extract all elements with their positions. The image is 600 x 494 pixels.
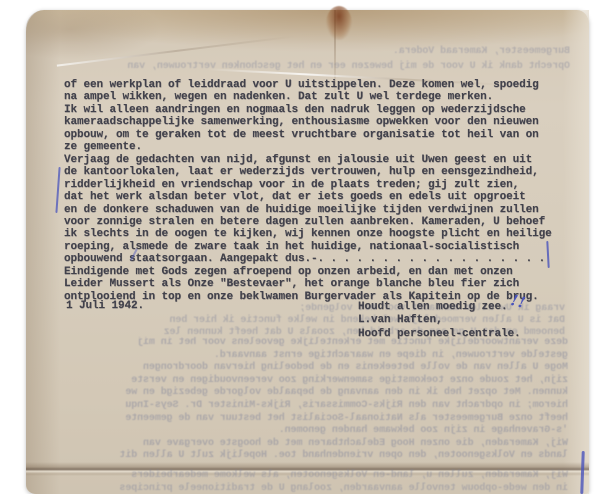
text-line: Oprecht dank ik U voor de mij bewezen ee…	[62, 59, 570, 74]
text-line: Verjaag de gedachten van nijd, afgunst e…	[64, 154, 576, 166]
text-line: na ampel wikken, wegen en nadenken. Dat …	[64, 91, 576, 103]
text-line: hierom; in opdracht van den Rijks-Commis…	[48, 400, 568, 413]
text-line: Ik wil alleen aandringen en nogmaals den…	[64, 104, 576, 116]
signature-title: Hoofd personeel-centrale.	[358, 328, 523, 341]
text-line: heeft onze Burgemeester als Nationaal-So…	[48, 413, 568, 426]
text-line: en de donkere schaduwen van de huidige m…	[64, 204, 576, 216]
text-line: Burgemeester, Kameraad Vodera.	[62, 44, 570, 59]
text-line: dat het werk alsdan beter vlot, dat er i…	[64, 191, 576, 203]
text-line: opbouw, om te geraken tot de meest vruch…	[64, 129, 576, 141]
text-line: Wij, Kameraden, zullen u, land-en Volksg…	[48, 469, 568, 482]
text-line: lands en Volksgenooten, den open vriende…	[48, 450, 568, 463]
text-line: Leider Mussert als Onze "Bestevaer", het…	[64, 278, 576, 290]
text-line: zijn, het zoude onze toekomstige samenwe…	[48, 375, 568, 388]
sign-off-text: Houdt allen moedig zee.	[358, 301, 508, 313]
text-line: ik slechts in de oogen te kijken, wij ke…	[64, 228, 576, 240]
text-line: ridderlijkheid en vriendschap voor in de…	[64, 179, 576, 191]
scanned-letter-screenshot: Burgemeester, Kameraad Vodera.Oprecht da…	[0, 0, 600, 494]
paper-stain	[326, 6, 352, 40]
handwritten-exclamation-marks: !!	[509, 294, 527, 311]
text-line: kunnen. Met opzet heb ik in den aanvang …	[48, 387, 568, 400]
text-line: kameraadschappelijke samenwerking, entho…	[64, 116, 576, 128]
text-line: opbouwend staatsorgaan. Aangepakt dus.-.…	[64, 253, 576, 265]
bleed-through-text-bottom: deze verantwoordelijke functie met erken…	[48, 337, 568, 463]
text-line: ze gemeente.	[64, 141, 576, 153]
bleed-through-text-below-fold: Wij, Kameraden, zullen u, land-en Volksg…	[48, 469, 568, 494]
letter-date: 1 Juli 1942.	[66, 300, 144, 312]
bleed-through-text-top: Burgemeester, Kameraad Vodera.Oprecht da…	[62, 44, 570, 74]
text-line: roeping, alsmede de zware taak in het hu…	[64, 241, 576, 253]
text-line: in den wede-opbouw tenvolle aanvaarden, …	[48, 482, 568, 494]
text-line: 's-Gravenhage in zijn zoo bekwame handen…	[48, 425, 568, 438]
letter-body: of een werkplan of leiddraad voor U uits…	[64, 79, 576, 303]
text-line: gestelde vertrouwen, in diepe en waarach…	[48, 350, 568, 363]
text-line: de kantoorlokalen, laat er wederzijds ve…	[64, 166, 576, 178]
text-line: of een werkplan of leiddraad voor U uits…	[64, 79, 576, 91]
sign-off-line: Houdt allen moedig zee.!!	[358, 298, 523, 314]
signature-block: Houdt allen moedig zee.!! L.van Haften, …	[358, 298, 523, 341]
text-line: Eindigende met Gods zegen afroepend op o…	[64, 266, 576, 278]
signature-name: L.van Haften,	[358, 314, 523, 327]
text-line: Moge U allen van de volle beteekenis en …	[48, 362, 568, 375]
text-line: voor zonnige stralen en betere dagen zul…	[64, 216, 576, 228]
text-line: Wij, Kameraden, die onzen Hoog Edelachtb…	[48, 438, 568, 451]
